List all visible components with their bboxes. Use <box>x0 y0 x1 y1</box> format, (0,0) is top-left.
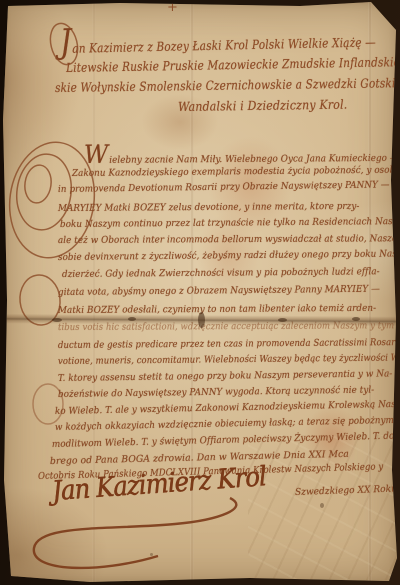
body-line: bożeństwie do Nayswiętszey PANNY wygoda.… <box>58 385 374 400</box>
crease-stain <box>128 317 136 321</box>
heading-line: Jan Kazimierz z Bozey Łaski Krol Polski … <box>60 25 376 56</box>
ink-speck <box>320 503 324 508</box>
manuscript-scan: + Jan Kazimierz z Bozey Łaski Krol Polsk… <box>0 0 400 585</box>
body-line: votione, muneris, concomitamur. Wielebno… <box>58 352 400 367</box>
initial-w-flourish <box>22 163 53 204</box>
heading-line: Litewskie Ruskie Pruskie Mazowieckie Zmu… <box>66 54 400 75</box>
body-line: T. ktorey assensu stetit ta onego przy b… <box>58 368 393 384</box>
cross-mark: + <box>167 0 178 15</box>
body-line: Zakonu Kaznodzieyskiego exemplaris modes… <box>72 164 400 179</box>
signature-flourish <box>34 498 236 568</box>
body-line: ko Wieleb. T. ale y wszytkiemu Zakonowi … <box>55 399 400 417</box>
crease-stain <box>278 318 287 322</box>
body-line: ductum de gestis predicare przez ten cza… <box>58 337 400 351</box>
crease-stain <box>52 318 62 322</box>
ink-speck <box>150 553 153 556</box>
crease-stain <box>352 317 360 321</box>
body-line: dzierżeć. Gdy iednak Zwierzchności visum… <box>62 266 380 280</box>
body-line: in promovenda Devotionum Rosarii przy Ob… <box>58 179 390 195</box>
body-line: MARYIEY Matki BOZEY zelus devotione, y i… <box>58 201 359 214</box>
crease-stain <box>198 312 205 328</box>
heading-line: Wandalski i Dziedziczny Krol. <box>178 97 348 114</box>
body-line: w kożdych okkazyiach wzdzięcznie obiecui… <box>55 415 394 433</box>
parchment-sheet: + Jan Kazimierz z Bozey Łaski Krol Polsk… <box>0 0 400 585</box>
body-line: ale też w Oborach inter incommoda bellor… <box>58 233 400 246</box>
body-line: Wielebny zacnie Nam Miły. Wielebnego Oyc… <box>84 145 399 166</box>
royal-signature: Jan Kazimierz Krol <box>51 461 267 507</box>
body-line: boku Naszym continuo przez lat trzynaści… <box>60 216 400 230</box>
heading-line: skie Wołynskie Smolenskie Czernichowskie… <box>55 75 396 95</box>
body-line: sobie devinxerunt z życzliwość, żebyśmy … <box>58 248 400 263</box>
body-line: gitata vota, abyśmy onego z Obrazem Nays… <box>58 284 380 298</box>
